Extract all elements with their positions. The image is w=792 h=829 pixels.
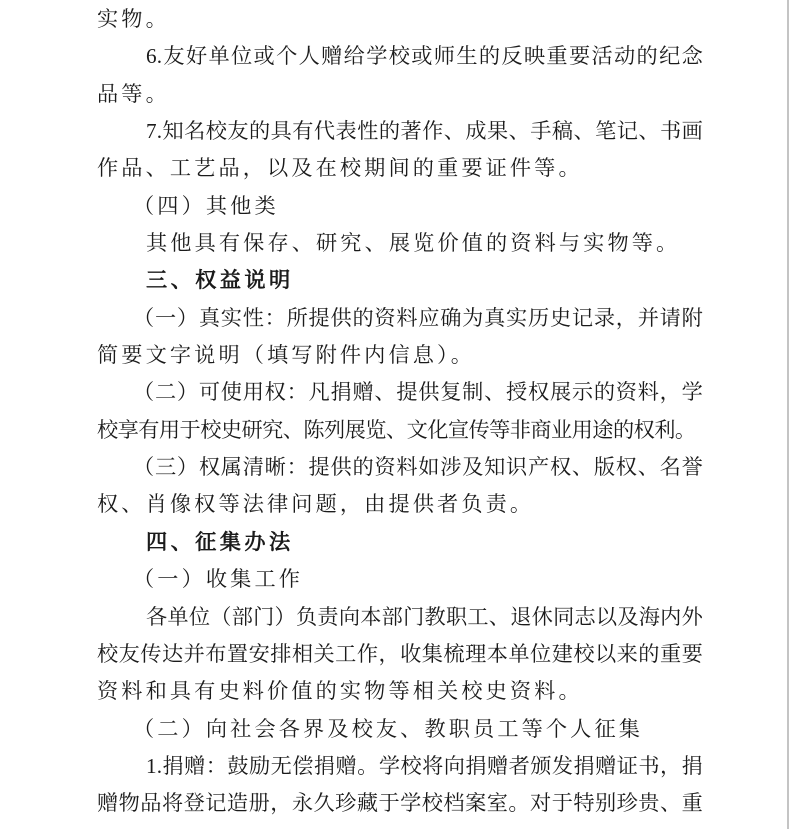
text-line: 1.捐赠：鼓励无偿捐赠。学校将向捐赠者颁发捐赠证书，捐 <box>97 748 703 785</box>
text-line: （一）收集工作 <box>97 561 703 598</box>
document-body: 实物。6.友好单位或个人赠给学校或师生的反映重要活动的纪念品等。7.知名校友的具… <box>97 1 703 823</box>
text-line: 7.知名校友的具有代表性的著作、成果、手稿、笔记、书画 <box>97 113 703 150</box>
text-line: 各单位（部门）负责向本部门教职工、退休同志以及海内外 <box>97 599 703 636</box>
section-heading: 三、权益说明 <box>97 262 703 299</box>
text-line: （二）向社会各界及校友、教职员工等个人征集 <box>97 711 703 748</box>
text-line: 权、肖像权等法律问题，由提供者负责。 <box>97 486 703 523</box>
text-line: 其他具有保存、研究、展览价值的资料与实物等。 <box>97 225 703 262</box>
text-line: 简要文字说明（填写附件内信息）。 <box>97 337 703 374</box>
text-line: （四）其他类 <box>97 188 703 225</box>
text-line: 实物。 <box>97 1 703 38</box>
text-line: 资料和具有史料价值的实物等相关校史资料。 <box>97 673 703 710</box>
section-heading: 四、征集办法 <box>97 524 703 561</box>
text-line: （三）权属清晰：提供的资料如涉及知识产权、版权、名誉 <box>97 449 703 486</box>
text-line: （二）可使用权：凡捐赠、提供复制、授权展示的资料，学 <box>97 374 703 411</box>
text-line: 赠物品将登记造册，永久珍藏于学校档案室。对于特别珍贵、重 <box>97 785 703 822</box>
text-line: （一）真实性：所提供的资料应确为真实历史记录，并请附 <box>97 300 703 337</box>
document-page: 实物。6.友好单位或个人赠给学校或师生的反映重要活动的纪念品等。7.知名校友的具… <box>0 0 792 829</box>
text-line: 校享有用于校史研究、陈列展览、文化宣传等非商业用途的权利。 <box>97 412 703 449</box>
text-line: 6.友好单位或个人赠给学校或师生的反映重要活动的纪念 <box>97 38 703 75</box>
text-line: 校友传达并布置安排相关工作，收集梳理本单位建校以来的重要 <box>97 636 703 673</box>
page-right-border <box>787 0 789 829</box>
text-line: 品等。 <box>97 76 703 113</box>
text-line: 作品、工艺品，以及在校期间的重要证件等。 <box>97 150 703 187</box>
